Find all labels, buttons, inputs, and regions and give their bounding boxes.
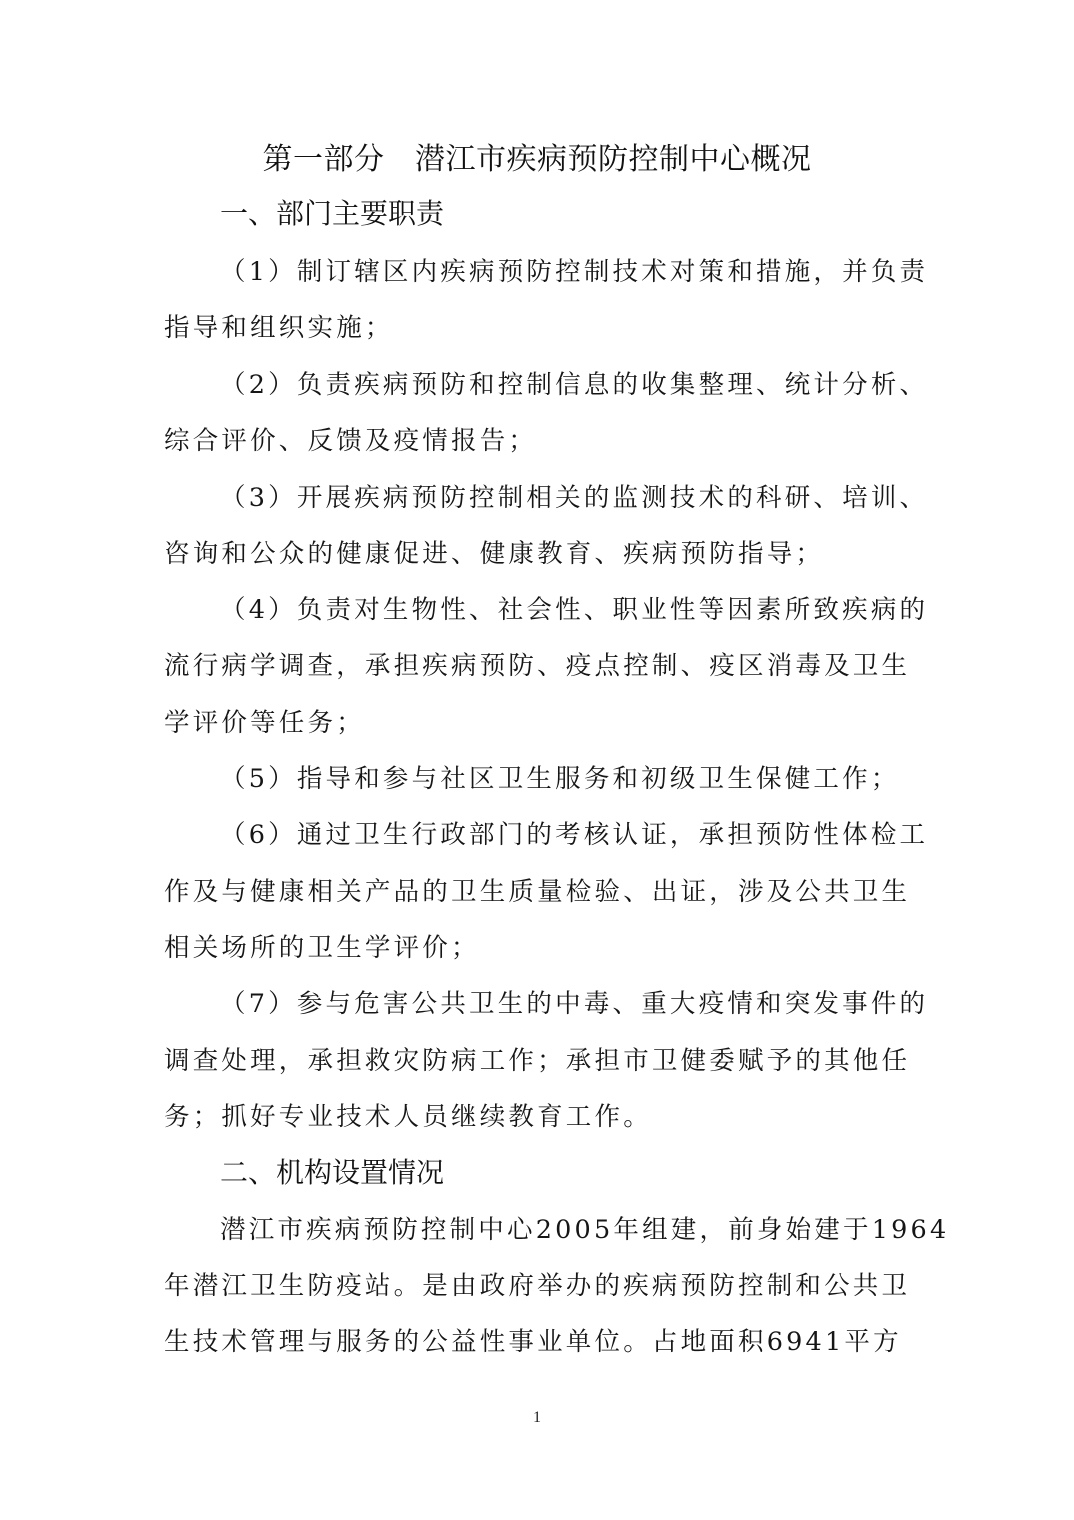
paragraph-line: （5）指导和参与社区卫生服务和初级卫生保健工作； [220,759,900,799]
paragraph-line: 咨询和公众的健康促进、健康教育、疾病预防指导； [164,534,824,574]
paragraph-line: 潜江市疾病预防控制中心2005年组建，前身始建于1964 [220,1210,949,1250]
paragraph-line: 流行病学调查，承担疾病预防、疫点控制、疫区消毒及卫生 [164,646,910,686]
paragraph-line: （1）制订辖区内疾病预防控制技术对策和措施，并负责 [220,252,928,292]
paragraph-line: 生技术管理与服务的公益性事业单位。占地面积6941平方 [164,1322,902,1362]
paragraph-line: （7）参与危害公共卫生的中毒、重大疫情和突发事件的 [220,984,928,1024]
document-page: 第一部分 潜江市疾病预防控制中心概况 一、部门主要职责 （1）制订辖区内疾病预防… [0,0,1074,1520]
paragraph-line: 作及与健康相关产品的卫生质量检验、出证，涉及公共卫生 [164,872,910,912]
page-number: 1 [0,1406,1074,1430]
page-title: 第一部分 潜江市疾病预防控制中心概况 [0,138,1074,182]
paragraph-line: 年潜江卫生防疫站。是由政府举办的疾病预防控制和公共卫 [164,1266,910,1306]
paragraph-line: 指导和组织实施； [164,308,394,348]
paragraph-line: 综合评价、反馈及疫情报告； [164,421,537,461]
paragraph-line: （3）开展疾病预防控制相关的监测技术的科研、培训、 [220,478,928,518]
paragraph-line: （6）通过卫生行政部门的考核认证，承担预防性体检工 [220,815,928,855]
paragraph-line: 务；抓好专业技术人员继续教育工作。 [164,1097,652,1137]
paragraph-line: 学评价等任务； [164,703,365,743]
section-heading-organization: 二、机构设置情况 [220,1153,444,1193]
paragraph-line: （2）负责疾病预防和控制信息的收集整理、统计分析、 [220,365,928,405]
paragraph-line: 调查处理，承担救灾防病工作；承担市卫健委赋予的其他任 [164,1041,910,1081]
section-heading-responsibilities: 一、部门主要职责 [220,194,444,234]
paragraph-line: （4）负责对生物性、社会性、职业性等因素所致疾病的 [220,590,928,630]
paragraph-line: 相关场所的卫生学评价； [164,928,480,968]
